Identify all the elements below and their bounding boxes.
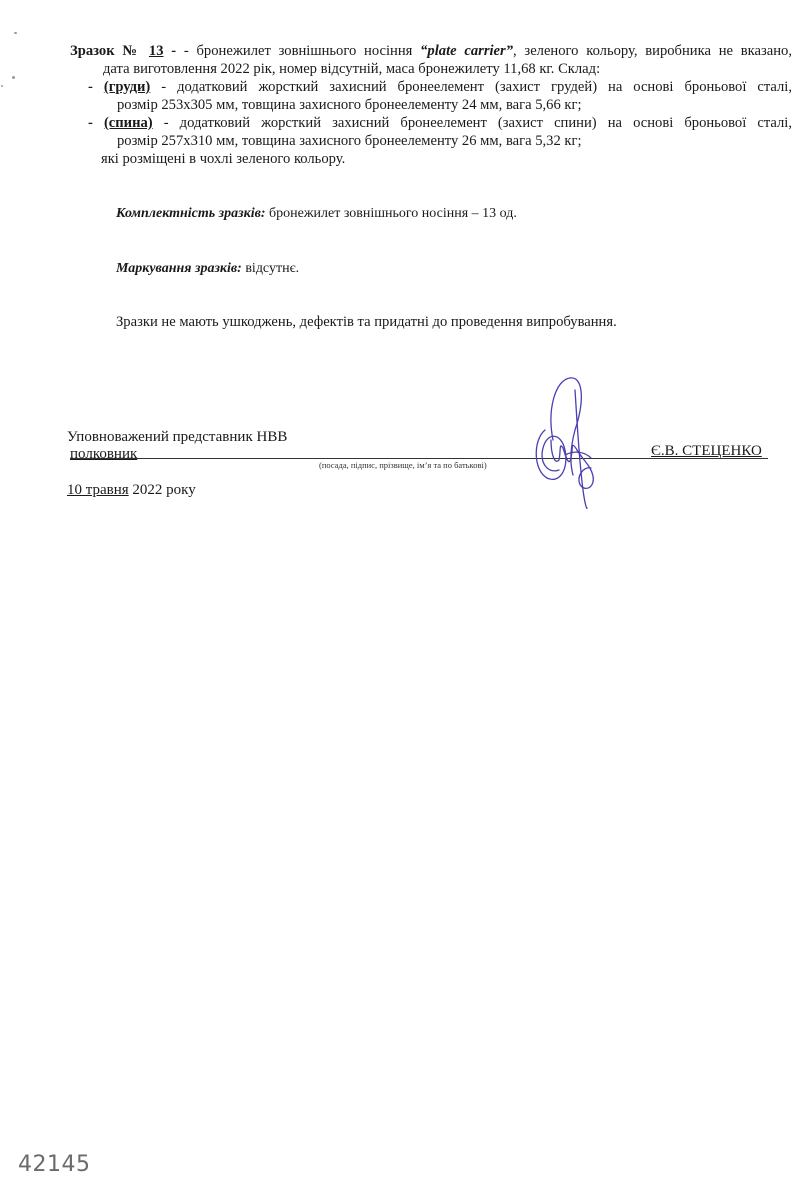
specimen-number: 13 <box>149 43 164 59</box>
signer-name: Є.В. СТЕЦЕНКО <box>651 442 762 460</box>
specimen-heading: Зразок № 13 - - бронежилет зовнішнього н… <box>70 42 792 60</box>
date-year: 2022 року <box>129 482 196 498</box>
specimen-dash: - <box>164 43 177 59</box>
handwritten-signature-icon <box>525 370 625 520</box>
completeness-label: Комплектність зразків: <box>116 206 266 221</box>
representative-title: Уповноважений представник НВВ <box>67 428 287 446</box>
specimen-label: Зразок № <box>70 43 141 59</box>
component-text: - додатковий жорсткий захисний бронеелем… <box>153 115 792 131</box>
completeness-line: Комплектність зразків: бронежилет зовніш… <box>116 205 517 223</box>
component-bullet: - <box>88 79 104 95</box>
signature-caption: (посада, підпис, прізвище, ім’я та по ба… <box>319 460 487 470</box>
marking-label: Маркування зразків: <box>116 261 242 276</box>
date-day-month: 10 травня <box>67 482 129 498</box>
specimen-details: дата виготовлення 2022 рік, номер відсут… <box>103 60 600 78</box>
specimen-intro: - бронежилет зовнішнього носіння <box>176 43 420 59</box>
component-text: - додатковий жорсткий захисний бронеелем… <box>150 79 792 95</box>
scan-speck <box>14 32 17 34</box>
document-page: Зразок № 13 - - бронежилет зовнішнього н… <box>0 0 800 1200</box>
scan-speck <box>1 85 3 87</box>
condition-statement: Зразки не мають ушкоджень, дефектів та п… <box>116 313 617 331</box>
page-number: 42145 <box>18 1152 91 1177</box>
marking-value: відсутнє. <box>242 261 299 276</box>
component-tag-back: (спина) <box>104 115 153 131</box>
component-chest: - (груди) - додатковий жорсткий захисний… <box>88 78 792 96</box>
scan-speck <box>12 76 15 79</box>
specimen-type-name: “plate carrier” <box>420 43 513 59</box>
document-date: 10 травня 2022 року <box>67 481 196 499</box>
component-tag-chest: (груди) <box>104 79 150 95</box>
representative-rank: полковник <box>70 445 137 463</box>
cover-note: які розміщені в чохлі зеленого кольору. <box>101 150 345 168</box>
component-back: - (спина) - додатковий жорсткий захисний… <box>88 114 792 132</box>
component-bullet: - <box>88 115 104 131</box>
component-back-specs: розмір 257x310 мм, товщина захисного бро… <box>117 132 582 150</box>
component-chest-specs: розмір 253x305 мм, товщина захисного бро… <box>117 96 582 114</box>
specimen-description: , зеленого кольору, виробника не вказано… <box>513 43 792 59</box>
marking-line: Маркування зразків: відсутнє. <box>116 260 299 278</box>
completeness-value: бронежилет зовнішнього носіння – 13 од. <box>266 206 517 221</box>
